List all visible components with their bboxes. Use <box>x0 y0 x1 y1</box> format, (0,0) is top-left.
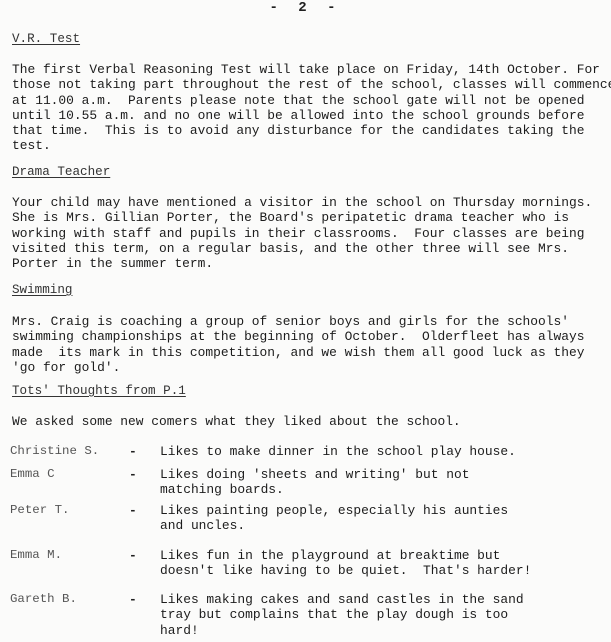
para-swimming: Mrs. Craig is coaching a group of senior… <box>12 314 584 375</box>
heading-swimming: Swimming <box>12 283 72 297</box>
child-name: Christine S. <box>10 444 99 458</box>
heading-tots-thoughts: Tots' Thoughts from P.1 <box>12 384 186 398</box>
page-number: - 2 - <box>0 0 611 16</box>
child-name: Emma M. <box>10 548 62 562</box>
dash: - <box>129 592 137 607</box>
dash: - <box>129 548 137 563</box>
child-name: Emma C <box>10 467 55 481</box>
heading-vr-test: V.R. Test <box>12 32 80 46</box>
newsletter-page: - 2 - V.R. Test The first Verbal Reasoni… <box>0 0 611 642</box>
dash: - <box>129 503 137 518</box>
para-tots-intro: We asked some new comers what they liked… <box>12 414 461 429</box>
dash: - <box>129 467 137 482</box>
child-comment: Likes making cakes and sand castles in t… <box>160 592 524 638</box>
child-comment: Likes to make dinner in the school play … <box>160 444 516 459</box>
child-comment: Likes painting people, especially his au… <box>160 503 508 534</box>
heading-drama-teacher: Drama Teacher <box>12 165 110 179</box>
para-drama-teacher: Your child may have mentioned a visitor … <box>12 195 592 271</box>
child-name: Gareth B. <box>10 592 77 606</box>
child-comment: Likes doing 'sheets and writing' but not… <box>160 467 469 498</box>
para-vr-test: The first Verbal Reasoning Test will tak… <box>12 62 611 154</box>
child-name: Peter T. <box>10 503 70 517</box>
child-comment: Likes fun in the playground at breaktime… <box>160 548 531 579</box>
dash: - <box>129 444 137 459</box>
